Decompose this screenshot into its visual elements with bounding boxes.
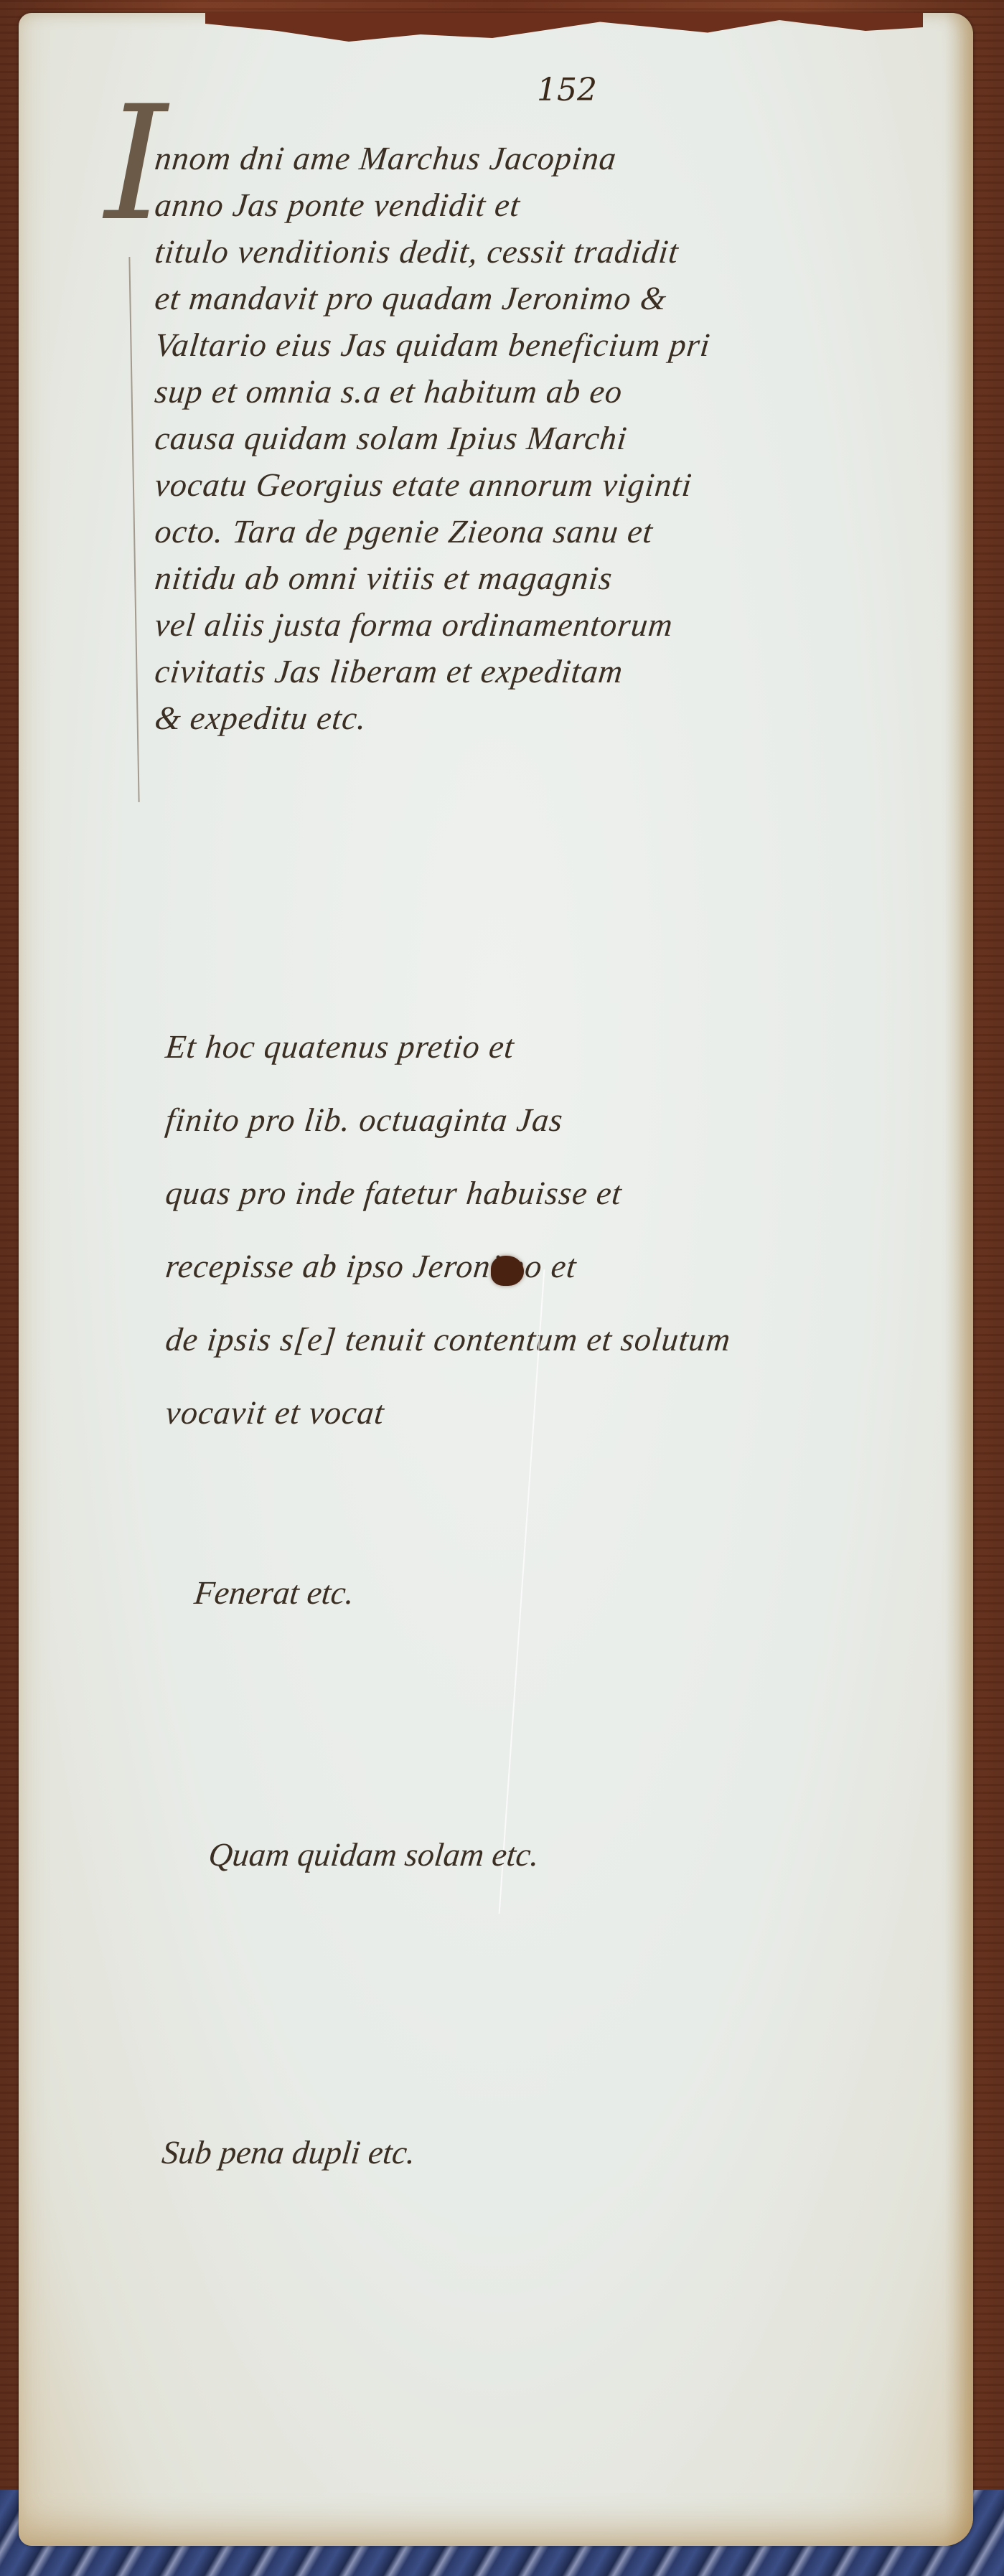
text-line: octo. Tara de pgenie Zieona sanu et (153, 508, 713, 555)
torn-top-edge (205, 13, 923, 49)
text-line: sup et omnia s.a et habitum ab eo (153, 368, 713, 415)
margin-rule-line (128, 257, 139, 802)
text-line: vocavit et vocat (162, 1376, 735, 1449)
text-line: & expeditu etc. (153, 695, 713, 741)
text-line: nnom dni ame Marchus Jacopina (153, 135, 713, 182)
text-line: et mandavit pro quadam Jeronimo & (153, 275, 713, 321)
text-line: anno Jas ponte vendidit et (153, 182, 713, 228)
text-line: vel aliis justa forma ordinamentorum (153, 601, 713, 648)
text-line: vocatu Georgius etate annorum viginti (153, 461, 713, 508)
text-line: causa quidam solam Ipius Marchi (153, 415, 713, 461)
clause-quodam: Quam quidam solam etc. (207, 1835, 541, 1874)
edge-stain (944, 13, 973, 2546)
text-line: quas pro inde fatetur habuisse et (162, 1157, 735, 1230)
clause-fenerat: Fenerat etc. (192, 1574, 356, 1612)
text-line: finito pro lib. octuaginta Jas (162, 1083, 735, 1157)
ink-blot-hole (491, 1256, 524, 1286)
clause-sub-pena: Sub pena dupli etc. (160, 2133, 417, 2171)
text-line: titulo venditionis dedit, cessit tradidi… (153, 228, 713, 275)
manuscript-page: 152 I nnom dni ame Marchus Jacopina anno… (19, 13, 973, 2546)
text-line: Et hoc quatenus pretio et (162, 1010, 735, 1083)
text-line: nitidu ab omni vitiis et magagnis (153, 555, 713, 601)
text-line: recepisse ab ipso Jeronimo et (162, 1230, 735, 1303)
paragraph-1: nnom dni ame Marchus Jacopina anno Jas p… (155, 135, 710, 741)
text-line: civitatis Jas liberam et expeditam (153, 648, 713, 695)
paragraph-2: Et hoc quatenus pretio et finito pro lib… (166, 1010, 731, 1449)
text-line: Valtario eius Jas quidam beneficium pri (153, 321, 713, 368)
text-line: de ipsis s[e] tenuit contentum et solutu… (162, 1303, 735, 1376)
folio-number: 152 (537, 72, 597, 108)
